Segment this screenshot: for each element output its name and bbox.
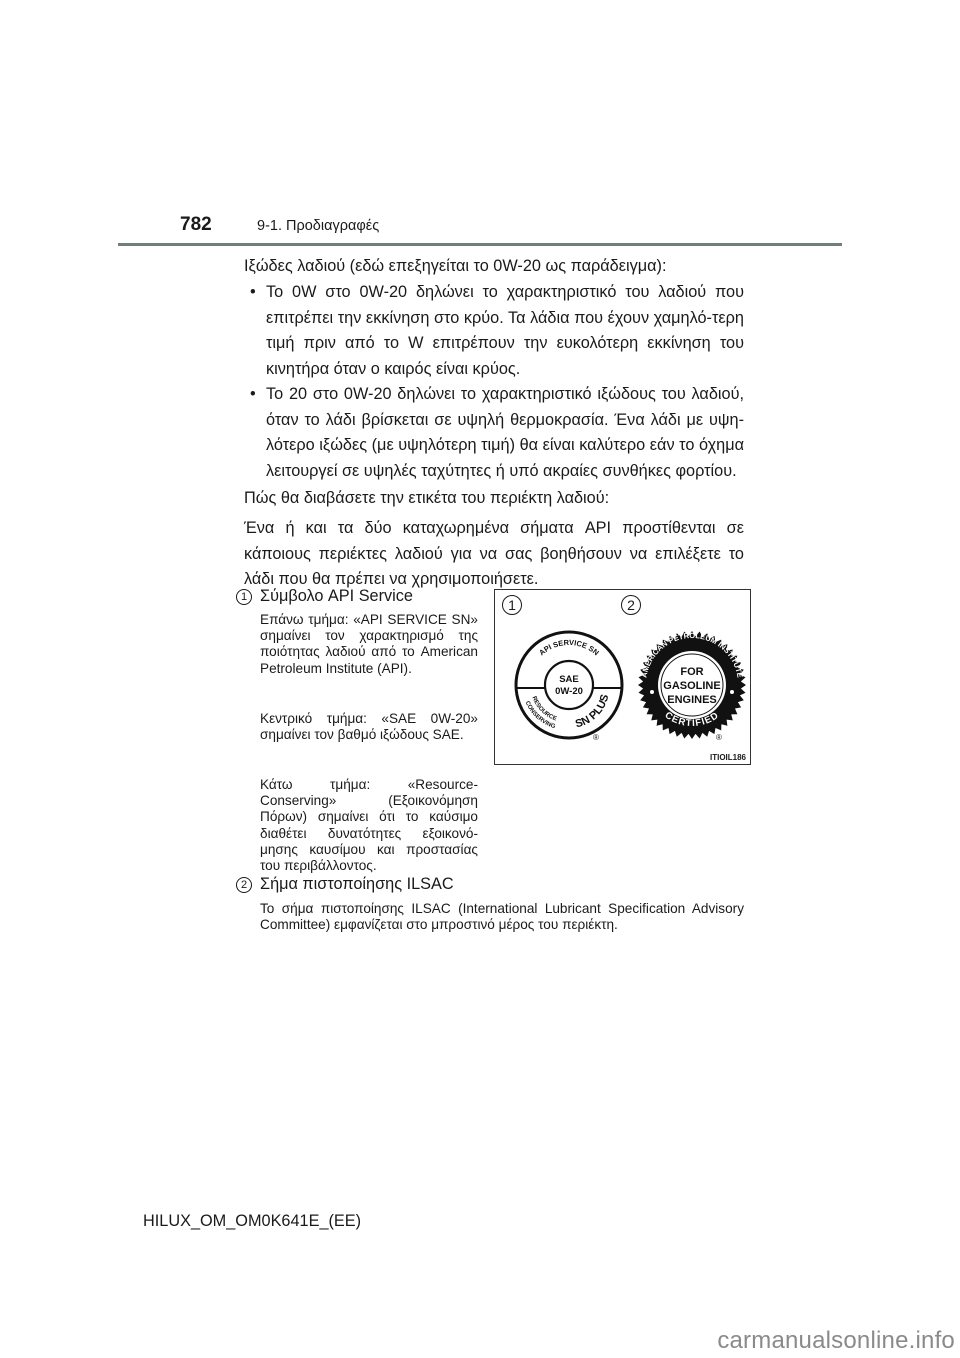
item-ilsac-heading: 2Σήμα πιστοποίησης ILSAC <box>236 873 454 895</box>
how-to-read-heading: Πώς θα διαβάσετε την ετικέτα του περιέκτ… <box>244 486 744 512</box>
oil-label-figure: 1 2 API SERVICE SN RESOURCE CONSERVING <box>494 589 751 765</box>
oil-symbols-illustration: API SERVICE SN RESOURCE CONSERVING SN PL… <box>495 590 750 764</box>
section-title: 9-1. Προδιαγραφές <box>257 218 379 234</box>
page-header: 782 9-1. Προδιαγραφές <box>118 214 842 248</box>
page-number: 782 <box>180 214 212 236</box>
ilsac-description-text: Το σήμα πιστοποίησης ILSAC (Internationa… <box>260 901 744 933</box>
svg-text:SAE: SAE <box>559 674 579 685</box>
document-code: HILUX_OM_OM0K641E_(EE) <box>143 1212 361 1231</box>
viscosity-intro: Ιξώδες λαδιού (εδώ επεξηγείται το 0W-20 … <box>244 254 744 280</box>
api-marks-paragraph: Ένα ή και τα δύο καταχωρημένα σήματα API… <box>244 516 744 593</box>
svg-text:FOR: FOR <box>680 666 703 678</box>
api-top-section-text: Επάνω τμήμα: «API SERVICE SN» σημαίνει τ… <box>260 612 478 677</box>
bullet-text: Το 20 στο 0W-20 δηλώνει το χαρακτηριστικ… <box>266 385 744 480</box>
svg-text:API SERVICE SN: API SERVICE SN <box>537 638 601 657</box>
ilsac-certification-mark-icon: AMERICAN PETROLEUM INSTITUTE CERTIFIED F… <box>638 631 746 742</box>
svg-text:®: ® <box>593 733 599 742</box>
circled-number-icon: 1 <box>236 589 252 605</box>
svg-text:®: ® <box>716 733 722 742</box>
svg-text:ENGINES: ENGINES <box>667 694 717 706</box>
item-api-service-heading: 1Σύμβολο API Service <box>236 585 413 607</box>
api-service-symbol-icon: API SERVICE SN RESOURCE CONSERVING SN PL… <box>516 632 622 742</box>
item-title: Σήμα πιστοποίησης ILSAC <box>260 875 454 893</box>
item-title: Σύμβολο API Service <box>260 587 413 605</box>
figure-code: ITIOIL186 <box>710 753 746 762</box>
viscosity-bullet-list: • Το 0W στο 0W-20 δηλώνει το χαρακτηριστ… <box>244 280 744 484</box>
svg-text:0W-20: 0W-20 <box>555 686 583 697</box>
bullet-item: • Το 20 στο 0W-20 δηλώνει το χαρακτηριστ… <box>244 382 744 484</box>
api-bottom-section-text: Κάτω τμήμα: «Resource-Conserving» (Εξοικ… <box>260 777 478 874</box>
api-center-section-text: Κεντρικό τμήμα: «SAE 0W-20» σημαίνει τον… <box>260 711 478 743</box>
bullet-dot-icon: • <box>250 382 256 408</box>
svg-text:GASOLINE: GASOLINE <box>663 680 720 692</box>
watermark-link[interactable]: carmanualsonline.info <box>717 1327 955 1355</box>
bullet-dot-icon: • <box>250 280 256 306</box>
bullet-text: Το 0W στο 0W-20 δηλώνει το χαρακτηριστικ… <box>266 283 744 378</box>
header-divider <box>118 243 842 246</box>
circled-number-icon: 2 <box>236 877 252 893</box>
bullet-item: • Το 0W στο 0W-20 δηλώνει το χαρακτηριστ… <box>244 280 744 382</box>
